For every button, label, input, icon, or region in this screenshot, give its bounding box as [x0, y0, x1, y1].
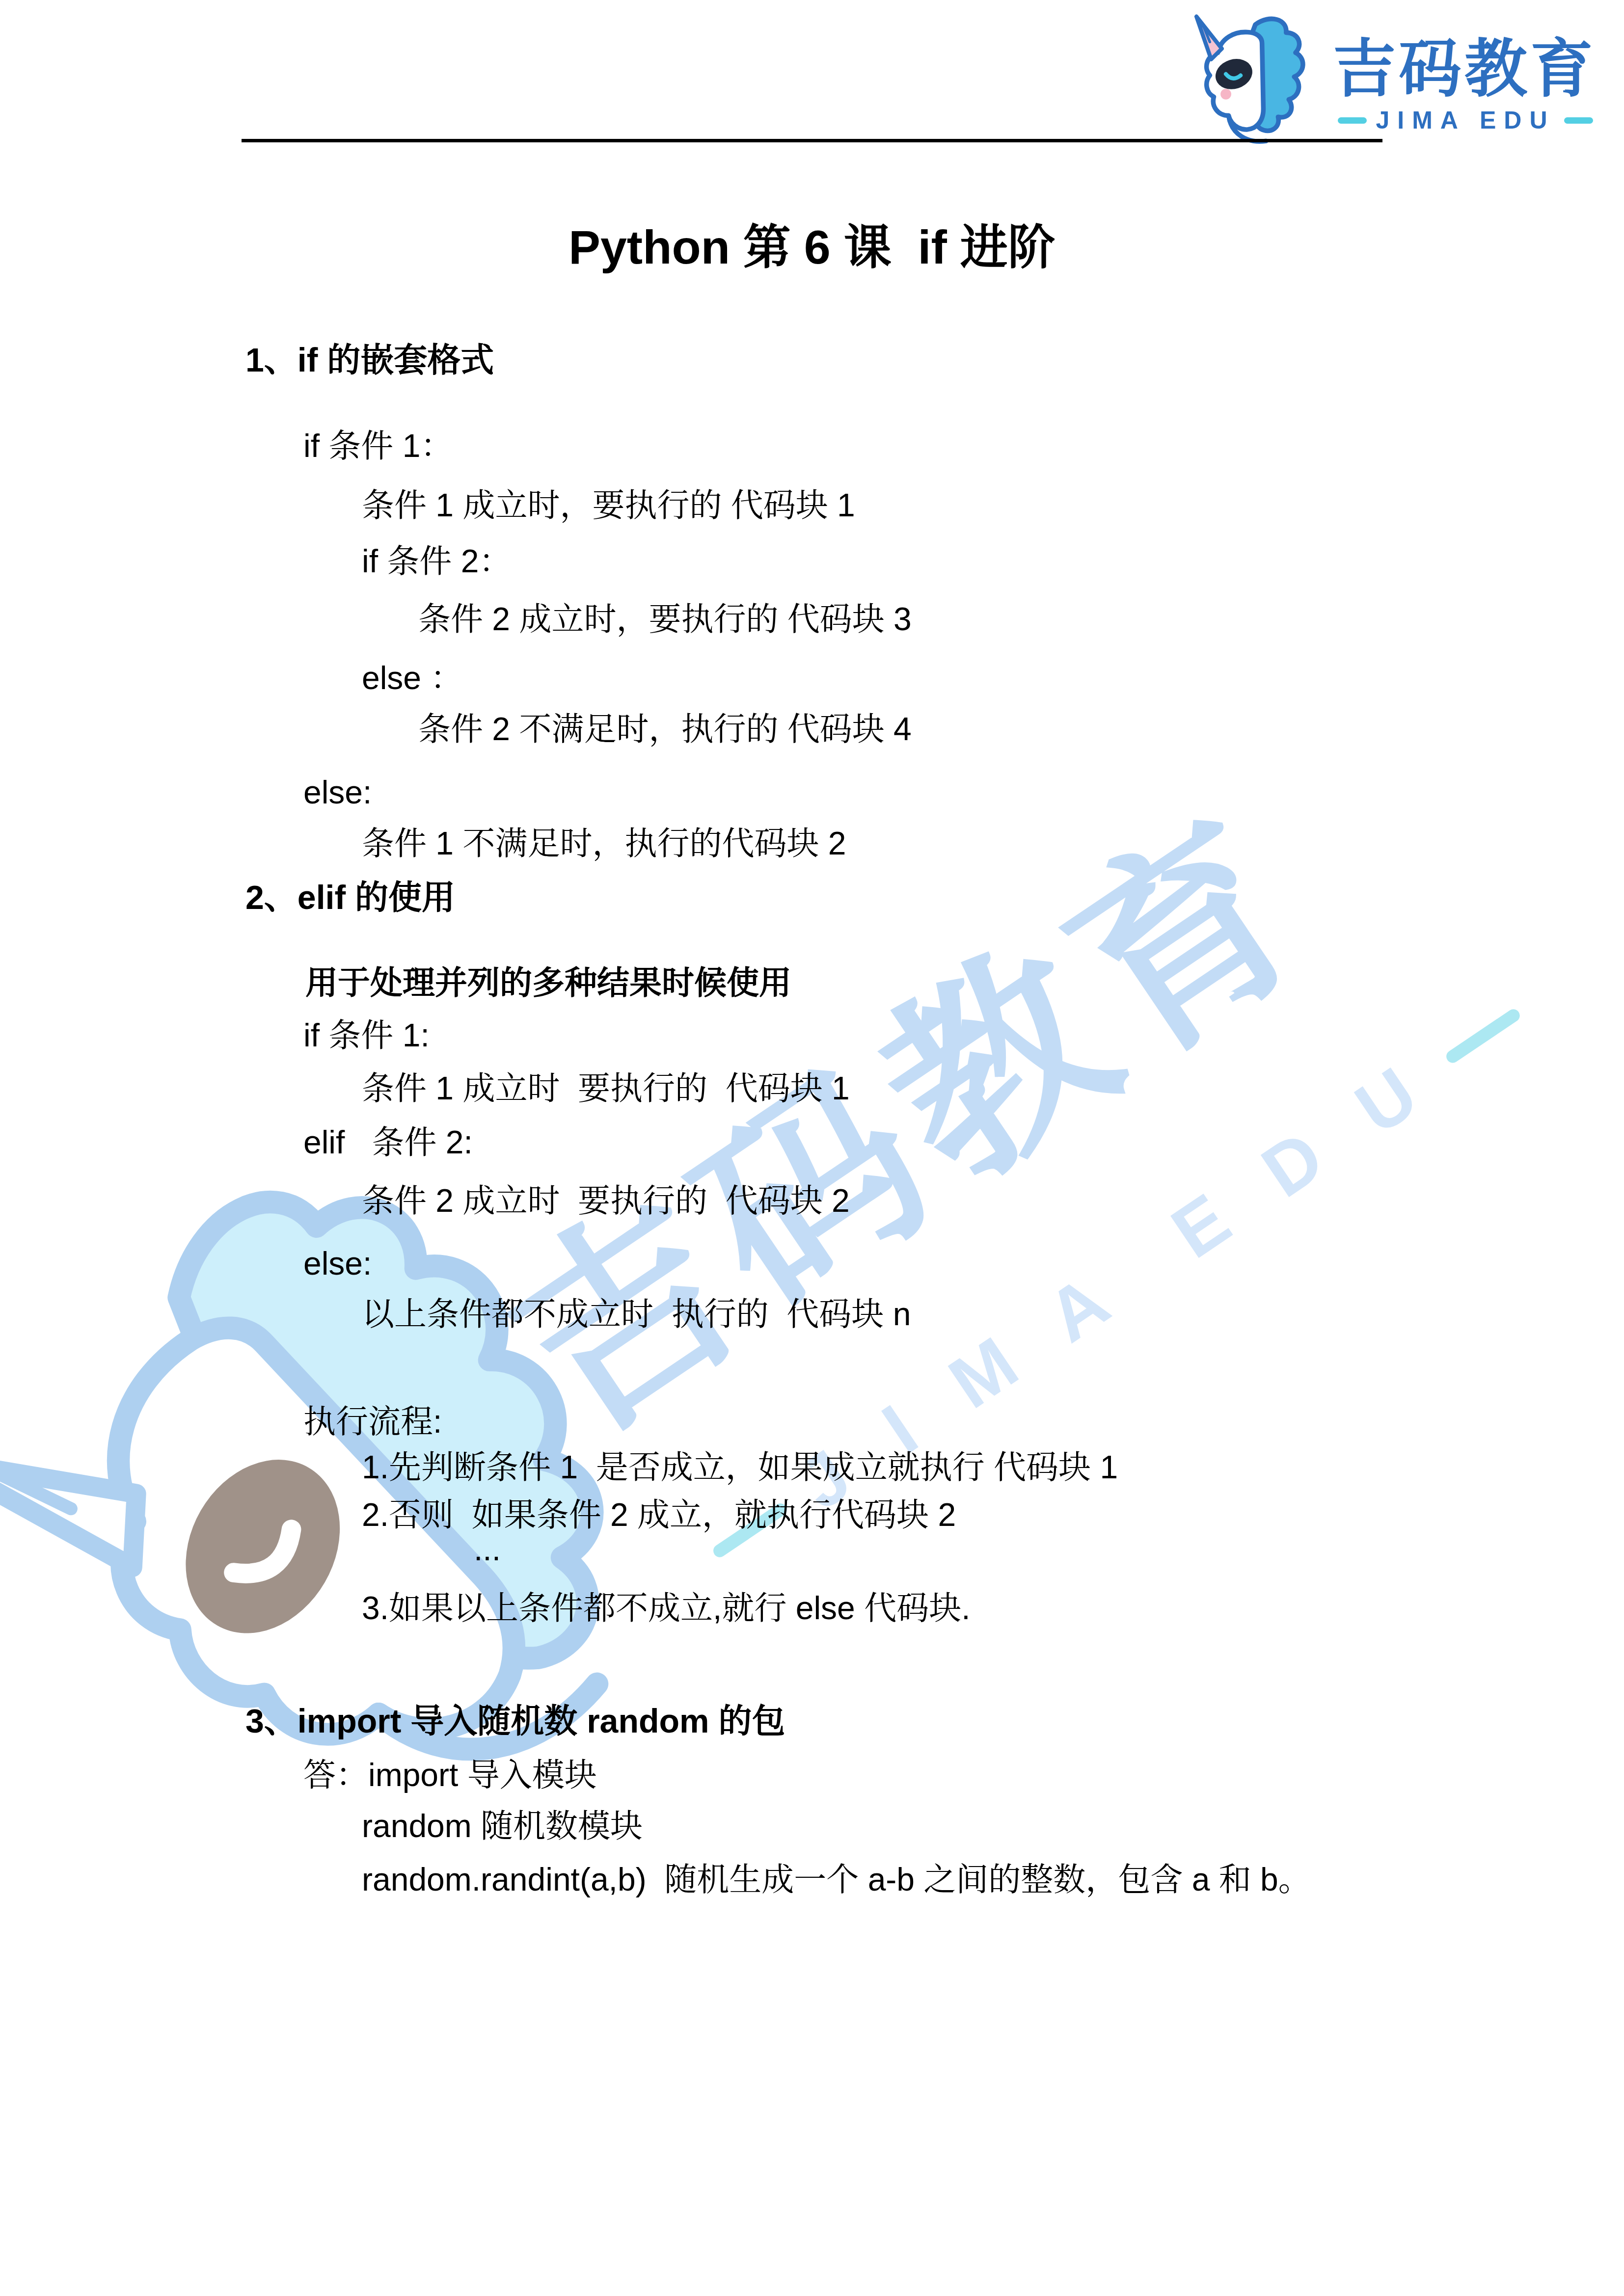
flow-label: 执行流程: — [303, 1404, 442, 1440]
logo-subbrand-row: JIMA EDU — [1338, 106, 1593, 134]
logo-dash-right — [1564, 117, 1593, 124]
header-rule — [242, 139, 1382, 142]
section-heading: 1、if 的嵌套格式 — [245, 342, 494, 379]
doc-line: 答：import 导入模块 — [303, 1757, 597, 1793]
page-title: Python 第 6 课 if 进阶 — [0, 209, 1624, 277]
logo-dash-left — [1338, 117, 1367, 124]
flow-step: 1.先判断条件 1 是否成立，如果成立就执行 代码块 1 — [362, 1449, 1118, 1485]
doc-line: random 随机数模块 — [362, 1808, 643, 1844]
doc-line: if 条件 2： — [362, 543, 511, 579]
flow-step: 3.如果以上条件都不成立,就行 else 代码块. — [362, 1590, 970, 1626]
doc-line: else: — [303, 1246, 372, 1281]
section-heading: 3、import 导入随机数 random 的包 — [245, 1703, 785, 1740]
doc-line: 条件 1 成立时，要执行的 代码块 1 — [362, 487, 855, 523]
doc-line: 条件 1 成立时 要执行的 代码块 1 — [362, 1070, 850, 1106]
doc-line: 条件 1 不满足时，执行的代码块 2 — [362, 826, 846, 861]
watermark-dash-right — [1444, 1007, 1522, 1065]
section-heading: 2、elif 的使用 — [245, 880, 455, 916]
doc-line: else ： — [362, 660, 462, 696]
sub-heading: 用于处理并列的多种结果时候使用 — [305, 965, 791, 1001]
doc-line: elif 条件 2: — [303, 1124, 473, 1160]
doc-line: else: — [303, 774, 372, 810]
doc-line: if 条件 1： — [303, 428, 453, 464]
ellipsis-line: ... — [474, 1531, 501, 1567]
unicorn-logo-icon — [1191, 10, 1326, 157]
doc-line: 以上条件都不成立时 执行的 代码块 n — [362, 1296, 911, 1332]
flow-step: 2.否则 如果条件 2 成立，就执行代码块 2 — [362, 1497, 956, 1533]
logo-subbrand-text: JIMA EDU — [1376, 106, 1555, 134]
logo-brand-text: 吉码教育 — [1333, 19, 1596, 109]
doc-line: 条件 2 成立时，要执行的 代码块 3 — [418, 601, 912, 637]
doc-line: 条件 2 不满足时，执行的 代码块 4 — [418, 711, 912, 747]
doc-line: random.randint(a,b) 随机生成一个 a-b 之间的整数，包含 … — [362, 1862, 1311, 1897]
doc-line: if 条件 1: — [303, 1017, 430, 1053]
doc-line: 条件 2 成立时 要执行的 代码块 2 — [362, 1183, 850, 1219]
